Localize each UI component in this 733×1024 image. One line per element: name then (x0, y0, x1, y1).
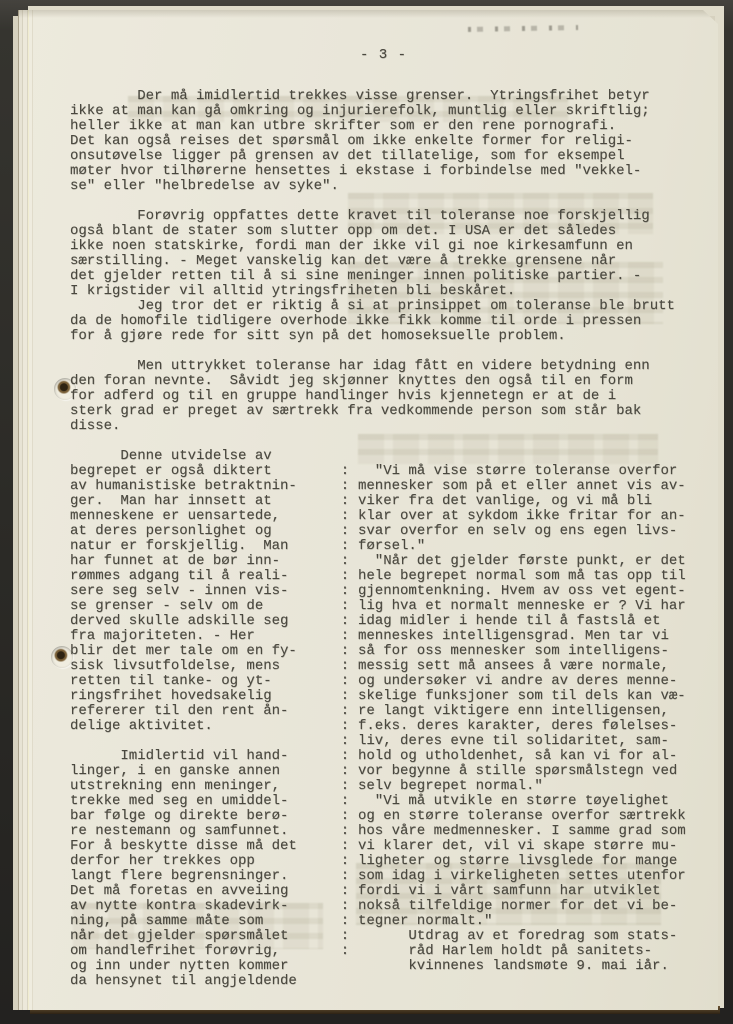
typewritten-content: - 3 - Der må imidlertid trekkes visse gr… (70, 48, 697, 989)
quote-block-1: "Vi må vise større toleranse overfor men… (358, 464, 697, 554)
quote-block-3: "Vi må utvikle en større tøyelighet og e… (358, 794, 697, 929)
paragraph-principle-of-tolerance: Jeg tror det er riktig å si at prinsippe… (70, 299, 697, 344)
page-number: - 3 - (70, 48, 697, 63)
left-column: Denne utvidelse av begrepet er også dikt… (70, 449, 332, 989)
document-page: - 3 - Der må imidlertid trekkes visse gr… (18, 10, 718, 1010)
column-separator: : : : : : : : : : : : : : : : : : : : : … (332, 449, 358, 989)
two-column-section: Denne utvidelse av begrepet er også dikt… (70, 449, 697, 989)
quote-block-2: "Når det gjelder første punkt, er det he… (358, 554, 697, 794)
left-column-block-2: Imidlertid vil hand- linger, i en ganske… (70, 749, 332, 989)
left-column-block-1: Denne utvidelse av begrepet er også dikt… (70, 449, 332, 734)
paragraph-tolerance-between-states: Forøvrig oppfattes dette kravet til tole… (70, 209, 697, 299)
desk-background: - 3 - Der må imidlertid trekkes visse gr… (0, 0, 733, 1024)
paragraph-wider-meaning: Men uttrykket toleranse har idag fått en… (70, 359, 697, 434)
right-column: "Vi må vise større toleranse overfor men… (358, 449, 697, 989)
paragraph-limits-of-free-speech: Der må imidlertid trekkes visse grenser.… (70, 89, 697, 194)
attribution: Utdrag av et foredrag som stats- råd Har… (358, 929, 697, 974)
pencil-mark (468, 25, 578, 32)
